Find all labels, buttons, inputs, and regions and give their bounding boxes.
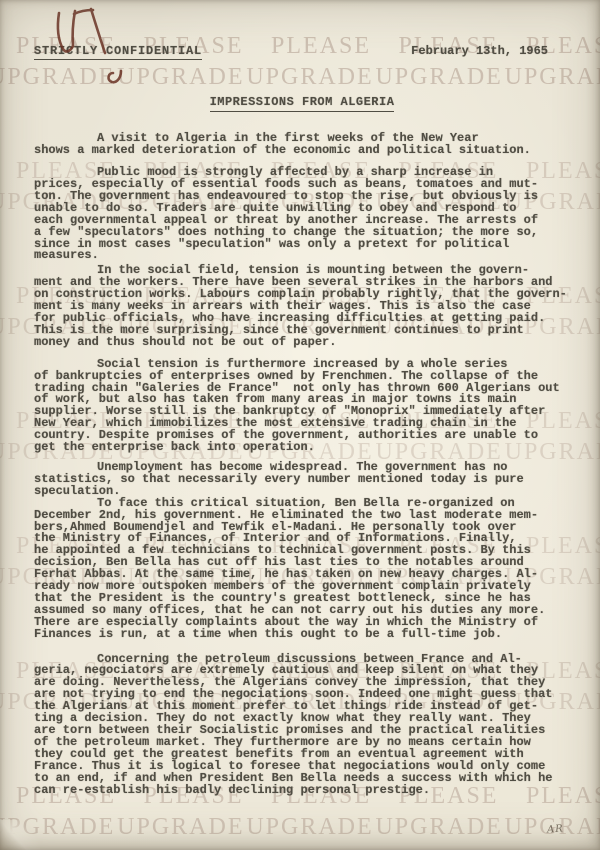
pencil-corner-initials: AR <box>547 823 564 835</box>
document-date: February 13th, 1965 <box>411 46 548 58</box>
paragraph: In the social field, tension is mounting… <box>34 265 570 348</box>
document-content: STRICTLY CONFIDENTIAL February 13th, 196… <box>0 0 600 850</box>
pen-scribble-mark <box>0 0 150 100</box>
paragraph: A visit to Algeria in the first weeks of… <box>34 133 570 157</box>
paragraph: Unemployment has become widespread. The … <box>34 462 570 498</box>
paragraphs: A visit to Algeria in the first weeks of… <box>34 133 570 796</box>
paragraph: Social tension is furthermore increased … <box>34 359 570 454</box>
paragraph: Public mood is strongly affected by a sh… <box>34 167 570 262</box>
paragraph: To face this critical situation, Ben Bel… <box>34 498 570 641</box>
paragraph: Concerning the petroleum discussions bet… <box>34 654 570 797</box>
scanned-document-page: PLEASEPLEASEPLEASEPLEASEPLEASEUPGRADEUPG… <box>0 0 600 850</box>
page-title: IMPRESSIONS FROM ALGERIA <box>210 95 395 112</box>
